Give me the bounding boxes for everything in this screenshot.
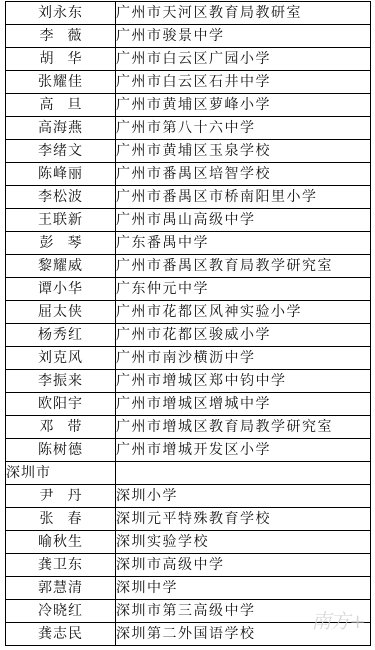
name-list-table: 刘永东广州市天河区教育局教研室李薇广州市骏景中学胡华广州市白云区广园小学张耀佳广… — [5, 1, 371, 646]
organization-name: 广州市第八十六中学 — [116, 117, 371, 140]
person-name: 陈峰丽 — [6, 163, 116, 186]
table-row: 高海燕广州市第八十六中学 — [6, 117, 371, 140]
table-row: 黎耀威广州市番禺区教育局教学研究室 — [6, 255, 371, 278]
organization-name: 广州市增城开发区小学 — [116, 439, 371, 462]
person-name: 黎耀威 — [6, 255, 116, 278]
organization-name: 广州市番禺区教育局教学研究室 — [116, 255, 371, 278]
organization-name: 广东番禺中学 — [116, 232, 371, 255]
person-name: 胡华 — [6, 48, 116, 71]
section-label: 深圳市 — [6, 462, 116, 485]
table-row: 邓带广州市增城区教育局教学研究室 — [6, 416, 371, 439]
organization-name: 广州市黄埔区萝峰小学 — [116, 94, 371, 117]
organization-name: 广州市增城区教育局教学研究室 — [116, 416, 371, 439]
table-row: 张春深圳元平特殊教育学校 — [6, 508, 371, 531]
table-row: 王联新广州市禺山高级中学 — [6, 209, 371, 232]
organization-name: 深圳中学 — [116, 577, 371, 600]
person-name: 冷晓红 — [6, 600, 116, 623]
person-name: 龚卫东 — [6, 554, 116, 577]
organization-name: 深圳小学 — [116, 485, 371, 508]
person-name: 龚志民 — [6, 623, 116, 646]
person-name: 彭琴 — [6, 232, 116, 255]
organization-name: 深圳实验学校 — [116, 531, 371, 554]
person-name: 郭慧清 — [6, 577, 116, 600]
organization-name: 广州市番禺区市桥南阳里小学 — [116, 186, 371, 209]
table-row: 陈树德广州市增城开发区小学 — [6, 439, 371, 462]
section-header-row: 深圳市 — [6, 462, 371, 485]
person-name: 刘克风 — [6, 347, 116, 370]
organization-name: 广州市黄埔区玉泉学校 — [116, 140, 371, 163]
person-name: 高旦 — [6, 94, 116, 117]
organization-name: 广州市花都区骏威小学 — [116, 324, 371, 347]
table-row: 李绪文广州市黄埔区玉泉学校 — [6, 140, 371, 163]
person-name: 喻秋生 — [6, 531, 116, 554]
table-row: 刘克风广州市南沙横沥中学 — [6, 347, 371, 370]
table-body: 刘永东广州市天河区教育局教研室李薇广州市骏景中学胡华广州市白云区广园小学张耀佳广… — [6, 2, 371, 646]
person-name: 刘永东 — [6, 2, 116, 25]
table-row: 欧阳宇广州市增城区增城中学 — [6, 393, 371, 416]
person-name: 王联新 — [6, 209, 116, 232]
table-row: 郭慧清深圳中学 — [6, 577, 371, 600]
table-row: 李薇广州市骏景中学 — [6, 25, 371, 48]
table-row: 彭琴广东番禺中学 — [6, 232, 371, 255]
person-name: 屈太侠 — [6, 301, 116, 324]
person-name: 李松波 — [6, 186, 116, 209]
person-name: 谭小华 — [6, 278, 116, 301]
person-name: 邓带 — [6, 416, 116, 439]
organization-name: 深圳元平特殊教育学校 — [116, 508, 371, 531]
empty-cell — [116, 462, 371, 485]
table-row: 刘永东广州市天河区教育局教研室 — [6, 2, 371, 25]
organization-name: 广东仲元中学 — [116, 278, 371, 301]
table-row: 谭小华广东仲元中学 — [6, 278, 371, 301]
person-name: 张春 — [6, 508, 116, 531]
person-name: 陈树德 — [6, 439, 116, 462]
table-row: 屈太侠广州市花都区风神实验小学 — [6, 301, 371, 324]
person-name: 欧阳宇 — [6, 393, 116, 416]
person-name: 杨秀红 — [6, 324, 116, 347]
watermark-logo: 南方+ — [311, 605, 365, 634]
person-name: 李振来 — [6, 370, 116, 393]
organization-name: 广州市花都区风神实验小学 — [116, 301, 371, 324]
table-row: 杨秀红广州市花都区骏威小学 — [6, 324, 371, 347]
organization-name: 广州市天河区教育局教研室 — [116, 2, 371, 25]
table-row: 陈峰丽广州市番禺区培智学校 — [6, 163, 371, 186]
organization-name: 广州市增城区增城中学 — [116, 393, 371, 416]
table-row: 喻秋生深圳实验学校 — [6, 531, 371, 554]
table-row: 李松波广州市番禺区市桥南阳里小学 — [6, 186, 371, 209]
table-row: 张耀佳广州市白云区石井中学 — [6, 71, 371, 94]
table-row: 胡华广州市白云区广园小学 — [6, 48, 371, 71]
organization-name: 广州市增城区郑中钧中学 — [116, 370, 371, 393]
organization-name: 广州市番禺区培智学校 — [116, 163, 371, 186]
table-row: 高旦广州市黄埔区萝峰小学 — [6, 94, 371, 117]
organization-name: 广州市南沙横沥中学 — [116, 347, 371, 370]
person-name: 李薇 — [6, 25, 116, 48]
person-name: 尹丹 — [6, 485, 116, 508]
organization-name: 广州市白云区石井中学 — [116, 71, 371, 94]
organization-name: 广州市禺山高级中学 — [116, 209, 371, 232]
table-row: 龚卫东深圳市高级中学 — [6, 554, 371, 577]
table-row: 李振来广州市增城区郑中钧中学 — [6, 370, 371, 393]
person-name: 张耀佳 — [6, 71, 116, 94]
person-name: 李绪文 — [6, 140, 116, 163]
organization-name: 广州市白云区广园小学 — [116, 48, 371, 71]
organization-name: 广州市骏景中学 — [116, 25, 371, 48]
person-name: 高海燕 — [6, 117, 116, 140]
table-row: 尹丹深圳小学 — [6, 485, 371, 508]
organization-name: 深圳市高级中学 — [116, 554, 371, 577]
